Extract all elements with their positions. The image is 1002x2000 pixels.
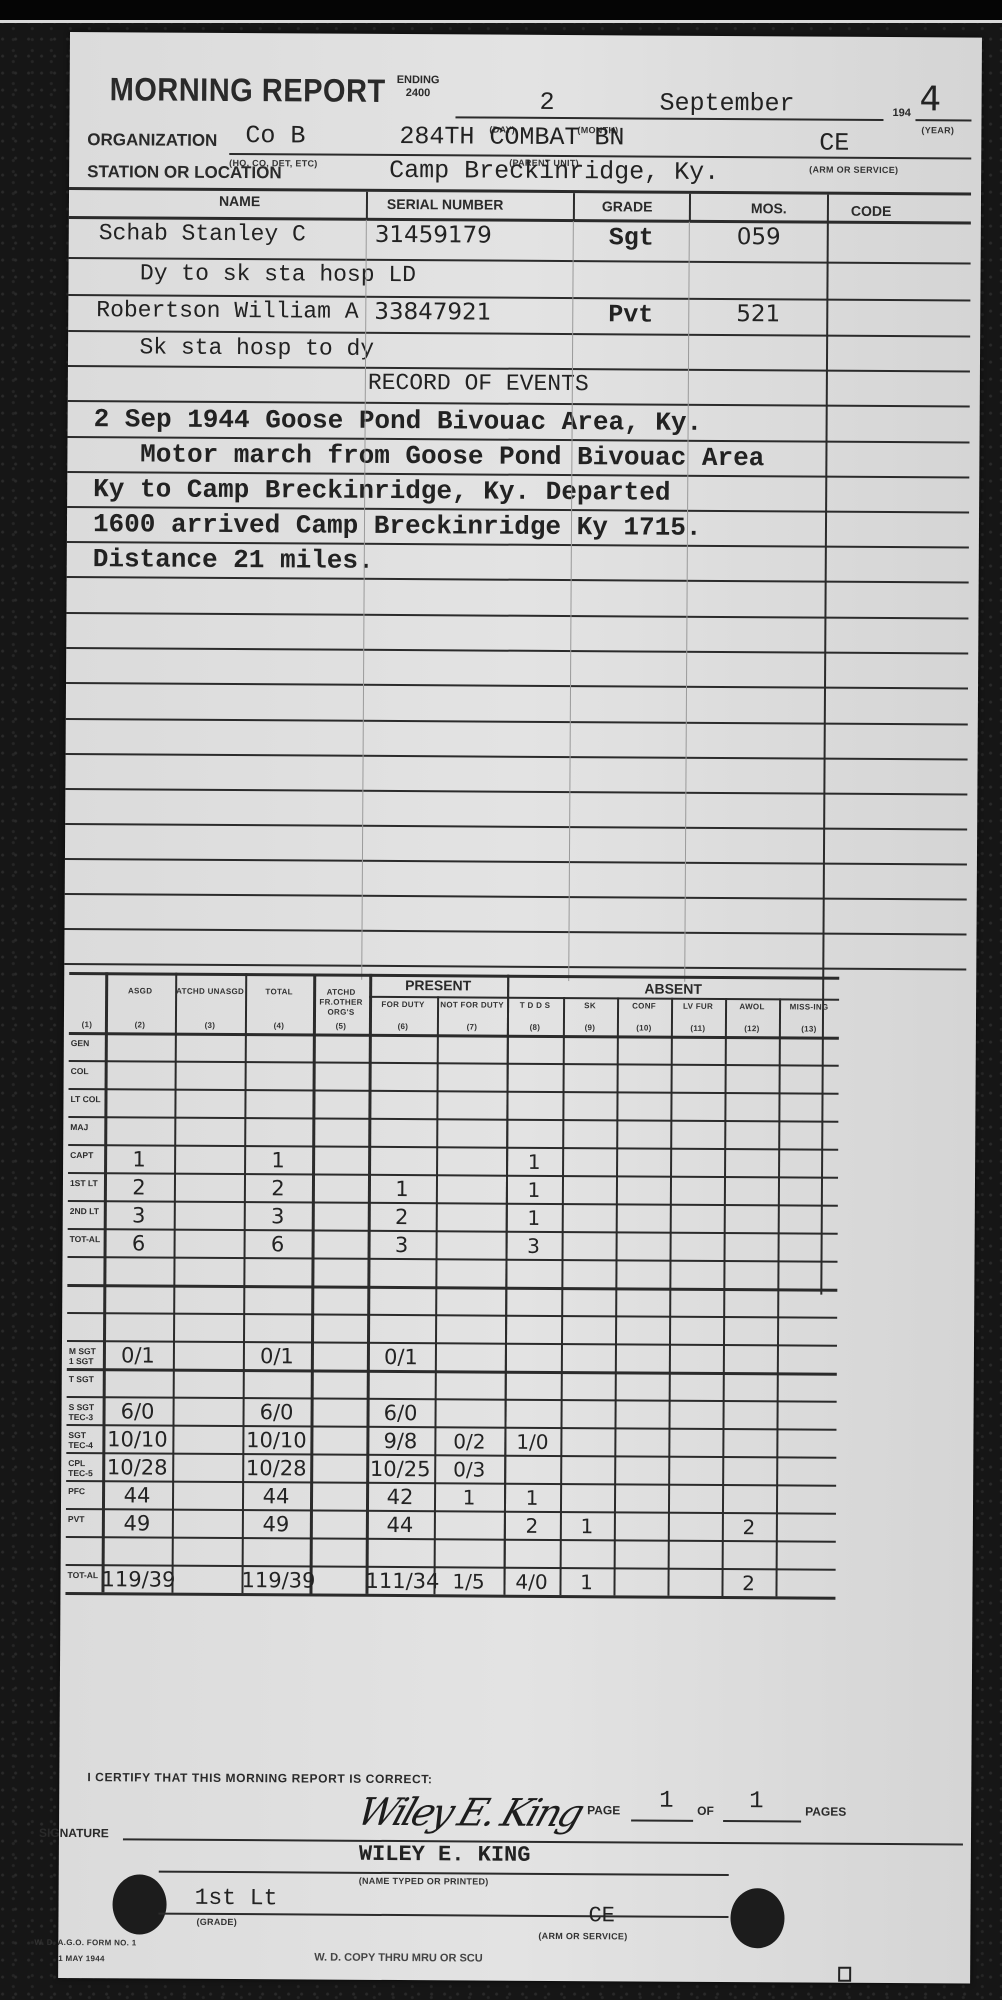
table-cell [562, 1120, 616, 1148]
table-cell [615, 1316, 669, 1344]
pages-label: PAGES [805, 1805, 846, 1819]
table-cell [312, 1174, 368, 1202]
table-cell: 44 [366, 1511, 434, 1539]
table-cell [725, 1065, 779, 1093]
table-cell: 10/28 [102, 1453, 172, 1481]
table-cell [670, 1177, 724, 1205]
table-cell [671, 1037, 725, 1065]
table-cell [668, 1401, 722, 1429]
ending-label: ENDING 2400 [397, 74, 440, 100]
table-cell [103, 1285, 173, 1313]
table-cell: 49 [102, 1509, 172, 1537]
grade-caption: (GRADE) [196, 1917, 237, 1927]
roster-divider [366, 192, 368, 220]
roster-divider [689, 194, 691, 222]
table-cell [615, 1372, 669, 1400]
table-cell [775, 1569, 835, 1597]
column-header-label: T D D S [520, 1001, 551, 1011]
table-cell [616, 1176, 670, 1204]
column-header-number: (3) [205, 1021, 216, 1031]
row-label: TOT-AL [70, 1234, 102, 1244]
table-cell [311, 1370, 367, 1398]
table-cell [777, 1261, 837, 1289]
table-cell [724, 1177, 778, 1205]
row-label: 1ST LT [70, 1178, 102, 1188]
table-cell [105, 1061, 175, 1089]
roster-remark: Dy to sk sta hosp LD [98, 260, 416, 288]
morning-report-form: MORNING REPORT ENDING 2400 2 September 1… [58, 32, 982, 1984]
table-cell [722, 1541, 776, 1569]
table-cell [102, 1537, 172, 1565]
table-cell [309, 1566, 365, 1594]
table-cell: 0/1 [103, 1341, 173, 1369]
organization-label: ORGANIZATION [87, 130, 217, 151]
table-cell [245, 1062, 313, 1090]
table-cell [724, 1121, 778, 1149]
table-cell: 10/25 [366, 1455, 434, 1483]
table-cell [311, 1342, 367, 1370]
table-cell [723, 1317, 777, 1345]
table-cell [242, 1538, 310, 1566]
table-cell [504, 1400, 560, 1428]
table-cell [243, 1370, 311, 1398]
column-header: FOR DUTY(6) [369, 998, 437, 1032]
corner-box-mark [838, 1967, 851, 1982]
roster-name: Schab Stanley C [99, 220, 306, 247]
table-cell [614, 1512, 668, 1540]
ruled-line [65, 858, 967, 866]
table-cell: 119/39 [101, 1565, 171, 1593]
column-header-number: (13) [801, 1024, 816, 1034]
column-header-number: (5) [336, 1022, 347, 1032]
table-cell [616, 1232, 670, 1260]
year-prefix: 194 [892, 107, 910, 119]
table-cell [245, 1034, 313, 1062]
table-cell [173, 1258, 243, 1286]
header-rule [69, 187, 971, 196]
table-cell [310, 1398, 366, 1426]
table-cell [777, 1373, 837, 1401]
row-label: COL [71, 1066, 103, 1076]
table-cell [367, 1287, 435, 1315]
table-cell [244, 1118, 312, 1146]
table-cell [368, 1147, 436, 1175]
ruled-line [66, 718, 968, 726]
table-cell [172, 1398, 242, 1426]
table-cell [561, 1260, 615, 1288]
table-cell [436, 1147, 506, 1175]
column-header-label: CONF [632, 1001, 656, 1011]
year-underline [915, 119, 971, 121]
page-label: PAGE [587, 1803, 620, 1817]
table-cell [312, 1230, 368, 1258]
table-cell: 1/5 [433, 1567, 503, 1595]
table-cell [311, 1314, 367, 1342]
year-caption: (YEAR) [921, 125, 954, 135]
table-cell: 1 [504, 1484, 560, 1512]
table-cell [561, 1316, 615, 1344]
table-cell [310, 1426, 366, 1454]
present-group-header: PRESENT [369, 977, 507, 994]
table-cell [723, 1345, 777, 1373]
page-number: 1 [659, 1788, 674, 1815]
table-cell [174, 1146, 244, 1174]
table-cell [778, 1121, 838, 1149]
table-cell: 49 [242, 1510, 310, 1538]
table-cell: 10/10 [242, 1426, 310, 1454]
form-date: 1 MAY 1944 [58, 1954, 105, 1963]
form-number: W. D. A.G.O. FORM NO. 1 [34, 1938, 136, 1948]
table-cell [436, 1119, 506, 1147]
table-cell [173, 1370, 243, 1398]
table-cell [436, 1203, 506, 1231]
table-cell [778, 1205, 838, 1233]
table-cell [616, 1120, 670, 1148]
ruled-line [66, 612, 968, 620]
table-cell [777, 1345, 837, 1373]
table-cell [777, 1317, 837, 1345]
copy-note: W. D. COPY THRU MRU OR SCU [314, 1952, 483, 1965]
column-header: NOT FOR DUTY(7) [437, 998, 507, 1032]
table-cell [776, 1485, 836, 1513]
arm-value: CE [819, 129, 849, 158]
absent-group-header: ABSENT [507, 980, 839, 998]
column-header-label: ASGD [128, 986, 152, 996]
column-header-number: (8) [530, 1023, 541, 1033]
table-cell: 1 [559, 1568, 613, 1596]
signature: Wiley E. King [352, 1790, 588, 1835]
table-cell [722, 1485, 776, 1513]
column-header-number: (4) [274, 1021, 285, 1031]
table-cell [668, 1457, 722, 1485]
table-cell: 44 [242, 1482, 310, 1510]
table-cell: 2 [244, 1174, 312, 1202]
table-cell [311, 1258, 367, 1286]
table-cell [670, 1205, 724, 1233]
table-cell [310, 1454, 366, 1482]
table-cell [668, 1513, 722, 1541]
row-label: TOT-AL [68, 1570, 100, 1580]
column-header: LV FUR(11) [671, 1000, 725, 1034]
faint-divider [684, 222, 690, 982]
column-header-label: AWOL [739, 1002, 764, 1012]
grade-line [159, 1913, 729, 1918]
column-header-number: (6) [398, 1022, 409, 1032]
column-header: ATCHD UNASGD(3) [175, 977, 245, 1031]
table-cell [435, 1287, 505, 1315]
row-label: T SGT [69, 1374, 101, 1384]
table-cell [437, 1035, 507, 1063]
table-cell: 2 [722, 1513, 776, 1541]
table-cell [504, 1456, 560, 1484]
column-header-label: SK [584, 1001, 596, 1011]
row-label: PVT [68, 1514, 100, 1524]
table-cell [368, 1091, 436, 1119]
table-cell: 2 [721, 1569, 775, 1597]
table-cell: 119/39 [241, 1566, 309, 1594]
column-header-number: (9) [585, 1023, 596, 1033]
table-cell [669, 1289, 723, 1317]
table-cell: 111/34 [365, 1567, 433, 1595]
arm-caption: (ARM OR SERVICE) [809, 165, 898, 176]
table-cell [369, 1035, 437, 1063]
table-cell [243, 1314, 311, 1342]
table-cell: 6 [104, 1229, 174, 1257]
table-cell [436, 1175, 506, 1203]
col-header-name: NAME [219, 193, 260, 209]
row-label: CAPT [70, 1150, 102, 1160]
table-cell: 4/0 [503, 1568, 559, 1596]
table-cell [437, 1063, 507, 1091]
year-digit: 4 [919, 79, 941, 119]
table-cell: 3 [244, 1202, 312, 1230]
table-cell [506, 1092, 562, 1120]
table-cell [435, 1259, 505, 1287]
table-cell [670, 1121, 724, 1149]
table-cell [560, 1540, 614, 1568]
column-header: MISS-ING(13) [779, 1000, 839, 1034]
table-cell [312, 1119, 368, 1147]
table-cell [722, 1401, 776, 1429]
table-cell [366, 1539, 434, 1567]
table-cell [613, 1568, 667, 1596]
table-cell [104, 1117, 174, 1145]
table-cell [722, 1457, 776, 1485]
table-cell [616, 1092, 670, 1120]
ending-label-line1: ENDING [397, 74, 440, 87]
table-cell [670, 1149, 724, 1177]
table-cell [670, 1233, 724, 1261]
table-cell [562, 1232, 616, 1260]
arm-service-caption: (ARM OR SERVICE) [538, 1931, 627, 1942]
ruled-line [65, 893, 967, 901]
table-cell [667, 1569, 721, 1597]
table-cell [244, 1090, 312, 1118]
column-header: (1) [69, 976, 105, 1030]
table-cell [310, 1482, 366, 1510]
strength-table: PRESENTABSENT(1)ASGD(2)ATCHD UNASGD(3)TO… [69, 972, 939, 977]
event-line: Distance 21 miles. [93, 544, 374, 576]
table-cell [436, 1091, 506, 1119]
ruled-line [66, 647, 968, 655]
column-header-number: (1) [82, 1020, 93, 1030]
table-cell: 2 [104, 1173, 174, 1201]
table-cell [724, 1149, 778, 1177]
table-cell [560, 1456, 614, 1484]
roster-name: Robertson William A [96, 297, 358, 325]
table-cell [435, 1343, 505, 1371]
table-cell [310, 1538, 366, 1566]
table-cell [434, 1539, 504, 1567]
row-label: M SGT 1 SGT [69, 1346, 101, 1366]
table-cell [105, 1033, 175, 1061]
scan-top-border [0, 0, 1002, 20]
parent-unit-value: 284TH COMBAT BN [399, 122, 624, 152]
column-header-label: ATCHD FR.OTHER ORG'S [313, 988, 369, 1018]
column-header-label: NOT FOR DUTY [440, 1000, 504, 1010]
table-cell [504, 1540, 560, 1568]
column-header-number: (2) [135, 1020, 146, 1030]
table-cell: 3 [506, 1232, 562, 1260]
table-cell [435, 1315, 505, 1343]
officer-arm: CE [588, 1903, 615, 1928]
table-cell [311, 1286, 367, 1314]
table-cell [103, 1257, 173, 1285]
table-cell [103, 1313, 173, 1341]
record-of-events-heading: RECORD OF EVENTS [368, 370, 589, 397]
table-cell [560, 1428, 614, 1456]
scan-edge-line [0, 20, 1002, 23]
table-cell: 2 [504, 1512, 560, 1540]
name-line [159, 1871, 729, 1876]
table-cell [172, 1538, 242, 1566]
table-cell: 1 [434, 1483, 504, 1511]
report-month: September [659, 89, 794, 119]
column-header: CONF(10) [617, 999, 671, 1033]
table-cell [723, 1289, 777, 1317]
table-cell [614, 1540, 668, 1568]
table-cell [505, 1372, 561, 1400]
table-cell [776, 1429, 836, 1457]
roster-mos: 521 [736, 301, 780, 327]
table-cell [434, 1511, 504, 1539]
pages-underline [723, 1820, 801, 1822]
table-cell [313, 1063, 369, 1091]
roster-row: Schab Stanley C 31459179 Sgt 059 [69, 220, 969, 259]
certification-statement: I CERTIFY THAT THIS MORNING REPORT IS CO… [87, 1770, 432, 1786]
table-cell: 6/0 [366, 1399, 434, 1427]
table-cell [104, 1089, 174, 1117]
table-cell: 0/1 [243, 1342, 311, 1370]
table-cell [562, 1092, 616, 1120]
ruled-line [66, 753, 968, 761]
table-cell [724, 1233, 778, 1261]
table-cell [367, 1259, 435, 1287]
table-cell [369, 1063, 437, 1091]
col-header-code: CODE [851, 203, 892, 219]
table-cell [616, 1204, 670, 1232]
table-cell [175, 1062, 245, 1090]
table-cell: 1 [368, 1175, 436, 1203]
column-header: T D D S(8) [507, 999, 563, 1033]
ruled-line [67, 576, 969, 584]
row-label: LT COL [70, 1094, 102, 1104]
page-underline [631, 1819, 693, 1821]
table-cell [505, 1288, 561, 1316]
column-header-number: (7) [467, 1022, 478, 1032]
table-cell [668, 1429, 722, 1457]
roster-grade: Pvt [608, 300, 653, 329]
signature-label: SIGNATURE [39, 1826, 109, 1840]
officer-grade: 1st Lt [195, 1885, 278, 1912]
table-cell: 3 [368, 1231, 436, 1259]
column-header-number: (12) [744, 1024, 759, 1034]
table-cell [367, 1371, 435, 1399]
row-label: CPL TEC-5 [68, 1458, 100, 1478]
event-line: 2 Sep 1944 Goose Pond Bivouac Area, Ky. [94, 404, 703, 438]
column-header: ATCHD FR.OTHER ORG'S(5) [313, 978, 369, 1032]
col-header-mos: MOS. [751, 200, 787, 216]
column-header-label: MISS-ING [790, 1002, 829, 1012]
roster-divider [573, 193, 575, 221]
row-label: SGT TEC-4 [68, 1430, 100, 1450]
table-cell [614, 1456, 668, 1484]
table-cell [560, 1400, 614, 1428]
table-cell [505, 1344, 561, 1372]
table-cell [724, 1093, 778, 1121]
table-cell [616, 1148, 670, 1176]
table-cell [243, 1286, 311, 1314]
table-cell [724, 1205, 778, 1233]
roster-mos: 059 [737, 224, 781, 250]
ruled-line [65, 788, 967, 796]
table-cell: 3 [104, 1201, 174, 1229]
ending-label-line2: 2400 [397, 87, 440, 100]
table-cell: 42 [366, 1483, 434, 1511]
row-label: 2ND LT [70, 1206, 102, 1216]
table-cell: 1 [560, 1512, 614, 1540]
name-caption: (NAME TYPED OR PRINTED) [359, 1876, 489, 1887]
table-cell [172, 1426, 242, 1454]
table-cell [561, 1288, 615, 1316]
column-header: ASGD(2) [105, 976, 175, 1030]
col-header-serial: SERIAL NUMBER [387, 196, 504, 213]
table-cell [243, 1258, 311, 1286]
table-cell [172, 1482, 242, 1510]
table-cell [310, 1510, 366, 1538]
table-cell [173, 1314, 243, 1342]
column-header-label: ATCHD UNASGD [176, 987, 244, 997]
table-cell [174, 1202, 244, 1230]
table-cell [617, 1064, 671, 1092]
column-header: TOTAL(4) [245, 977, 313, 1031]
table-cell [671, 1065, 725, 1093]
table-cell [312, 1091, 368, 1119]
table-cell [614, 1484, 668, 1512]
table-cell [778, 1149, 838, 1177]
station-label: STATION OR LOCATION [87, 162, 282, 183]
table-cell: 1 [244, 1146, 312, 1174]
table-cell [313, 1035, 369, 1063]
table-cell [507, 1036, 563, 1064]
table-cell [173, 1286, 243, 1314]
table-cell: 1 [104, 1145, 174, 1173]
roster-remark: Sk sta hosp to dy [98, 334, 374, 362]
roster-grade: Sgt [609, 223, 654, 252]
row-label: MAJ [70, 1122, 102, 1132]
table-cell [505, 1260, 561, 1288]
table-cell [614, 1400, 668, 1428]
punch-hole-right [730, 1888, 784, 1948]
table-cell: 1/0 [504, 1428, 560, 1456]
column-header-label: FOR DUTY [381, 1000, 424, 1010]
table-cell [777, 1289, 837, 1317]
station-value: Camp Breckinridge, Ky. [389, 156, 719, 187]
row-label: S SGT TEC-3 [69, 1402, 101, 1422]
table-cell [778, 1177, 838, 1205]
event-line: Ky to Camp Breckinridge, Ky. Departed [93, 474, 670, 508]
table-cell: 9/8 [366, 1427, 434, 1455]
table-cell [668, 1541, 722, 1569]
roster-serial: 31459179 [375, 222, 492, 249]
table-cell [617, 1036, 671, 1064]
table-cell: 2 [368, 1203, 436, 1231]
table-cell [563, 1036, 617, 1064]
column-header-number: (10) [636, 1023, 651, 1033]
table-cell [776, 1513, 836, 1541]
table-cell [173, 1342, 243, 1370]
table-cell [436, 1231, 506, 1259]
